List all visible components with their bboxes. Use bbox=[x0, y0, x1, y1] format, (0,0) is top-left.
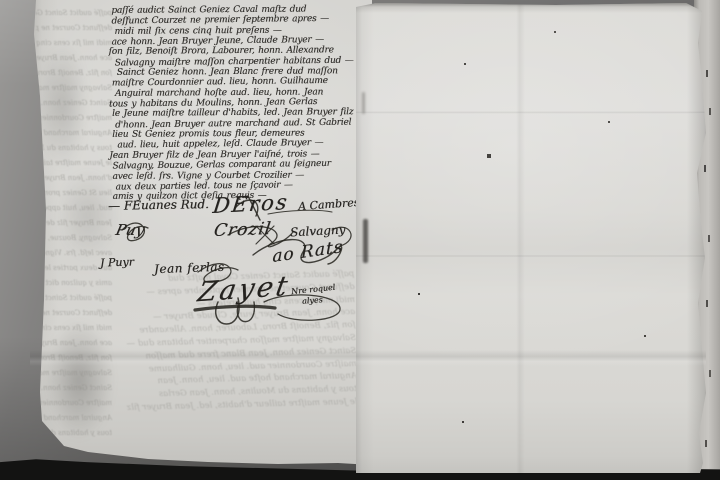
ghost-line: Anguiral marchand hoſte aud. lieu, honn.… bbox=[36, 126, 112, 141]
ghost-line: ſon filz, Benoiſt Brora, Labourer, honn.… bbox=[36, 66, 112, 81]
signature-flourishes bbox=[88, 190, 388, 340]
fold-crease-horizontal bbox=[356, 255, 708, 257]
ghost-line: ace honn. Jean Bruyer Jeune, Claude Bruy… bbox=[36, 51, 112, 66]
gutter-ink-smudge bbox=[362, 92, 365, 114]
ghost-line: paſſé audict Sainct Geniez Caval maſtz d… bbox=[36, 6, 112, 21]
ghost-line: deſfunct Courzet ne premier ſeptembre ap… bbox=[36, 21, 112, 36]
left-page: paſſé audict Sainct Geniez Caval maſtz d… bbox=[28, 0, 372, 470]
ghost-line: midi mil ſix cens cinq huit preſens — bbox=[36, 36, 112, 51]
under-page-ink-marks bbox=[706, 70, 708, 77]
gutter-ink-smudge bbox=[363, 219, 368, 263]
ghost-line: le Jeune maiſtre tailleur d'habits, led.… bbox=[36, 156, 112, 171]
ghost-line: Salvagny maiſtre maſſon charpentier habi… bbox=[36, 81, 112, 96]
right-page bbox=[356, 3, 708, 475]
ghost-line: tous y habitans du Moulins, honn. Jean G… bbox=[36, 141, 112, 156]
manuscript-photo: paſſé audict Sainct Geniez Caval maſtz d… bbox=[0, 0, 720, 480]
fold-crease-horizontal bbox=[356, 111, 708, 114]
ghost-line: Sainct Geniez honn. Jean Blanc frere dud… bbox=[36, 96, 112, 111]
ghost-line: d'honn. Jean Bruyer autre marchand aud. … bbox=[36, 171, 112, 186]
manuscript-text-block: paſſé audict Sainct Geniez Caval maſtz d… bbox=[111, 4, 364, 202]
ghost-line: maiſtre Courdonnier aud. lieu, honn. Gui… bbox=[36, 111, 112, 126]
